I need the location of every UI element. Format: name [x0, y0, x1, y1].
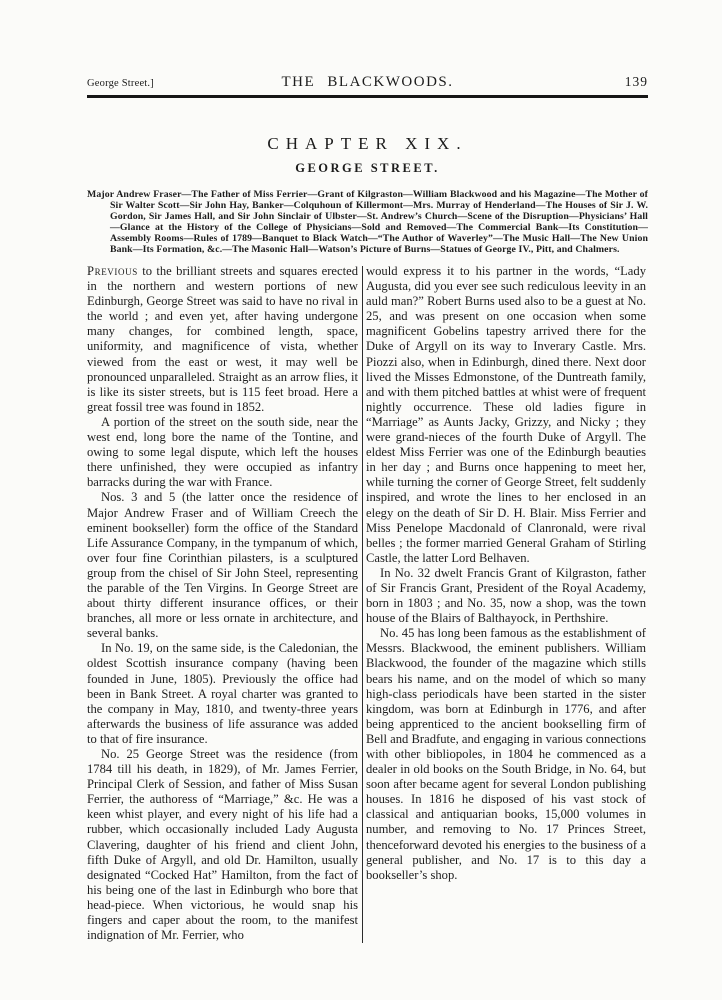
- paragraph: would express it to his partner in the w…: [366, 264, 646, 566]
- paragraph: No. 25 George Street was the residence (…: [87, 747, 358, 943]
- page-number: 139: [518, 74, 648, 90]
- chapter-title: CHAPTER XIX.: [87, 134, 648, 154]
- book-page: George Street.] THE BLACKWOODS. 139 CHAP…: [0, 0, 722, 1000]
- paragraph: Nos. 3 and 5 (the latter once the reside…: [87, 490, 358, 641]
- paragraph: A portion of the street on the south sid…: [87, 415, 358, 490]
- paragraph: In No. 32 dwelt Francis Grant of Kilgras…: [366, 566, 646, 626]
- right-column: would express it to his partner in the w…: [366, 264, 646, 943]
- chapter-synopsis: Major Andrew Fraser—The Father of Miss F…: [87, 189, 648, 255]
- paragraph: No. 45 has long been famous as the estab…: [366, 626, 646, 883]
- text-columns: Previous to the brilliant streets and sq…: [87, 264, 648, 943]
- paragraph: Previous to the brilliant streets and sq…: [87, 264, 358, 415]
- left-column: Previous to the brilliant streets and sq…: [87, 264, 358, 943]
- lead-word: Previous: [87, 264, 138, 278]
- header-rule: [87, 95, 648, 98]
- paragraph: In No. 19, on the same side, is the Cale…: [87, 641, 358, 747]
- running-head: George Street.] THE BLACKWOODS. 139: [87, 74, 648, 91]
- paragraph-text: to the brilliant streets and squares ere…: [87, 264, 358, 414]
- running-head-section: George Street.]: [87, 78, 217, 89]
- column-divider-rule: [362, 266, 363, 943]
- running-head-title: THE BLACKWOODS.: [217, 74, 518, 91]
- chapter-subtitle: GEORGE STREET.: [87, 161, 648, 176]
